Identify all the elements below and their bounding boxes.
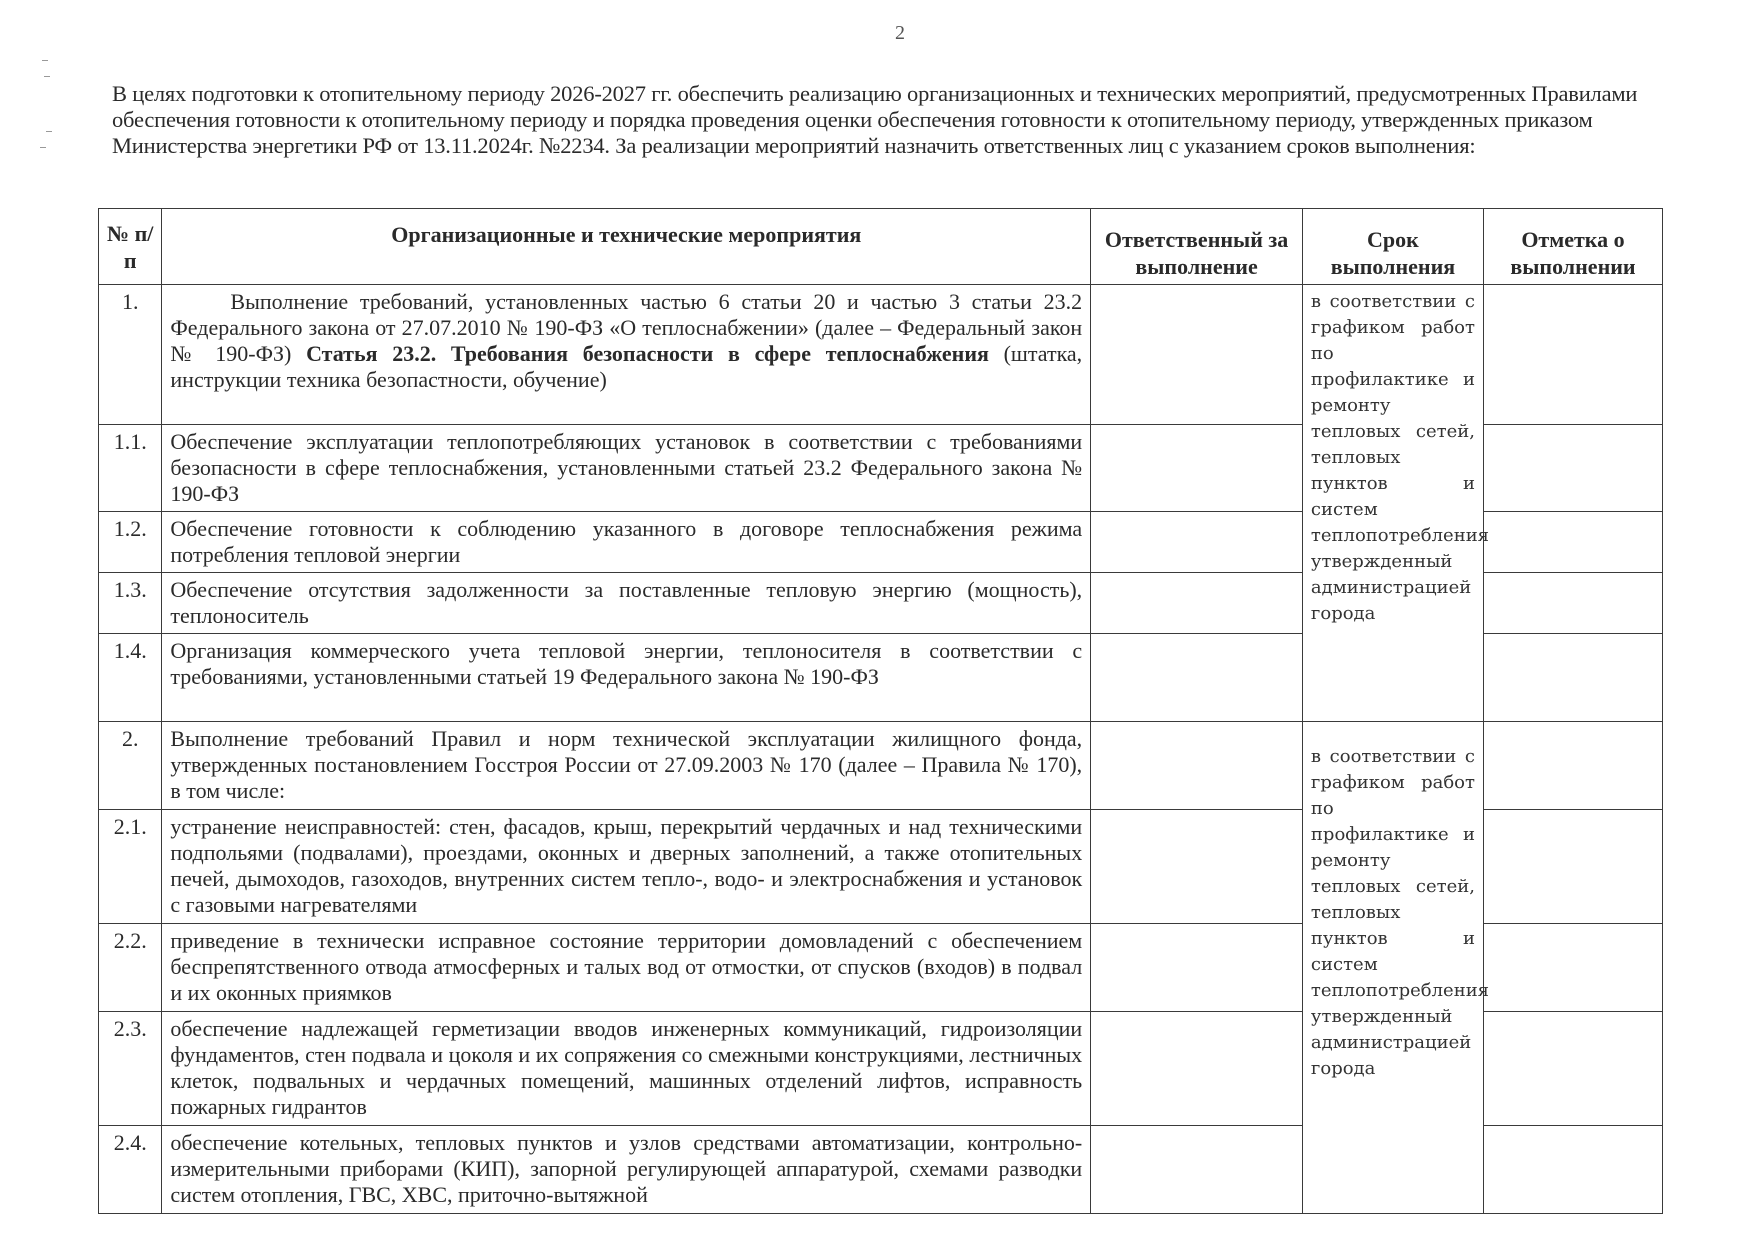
mark-cell[interactable] <box>1483 573 1662 634</box>
header-deadline: Срок выполнения <box>1302 209 1483 285</box>
row-number: 1.2. <box>99 512 162 573</box>
mark-cell[interactable] <box>1483 425 1662 512</box>
table-row: 1. Выполнение требований, установленных … <box>99 285 1663 425</box>
header-responsible: Ответственный за выполнение <box>1091 209 1303 285</box>
row-activity: Выполнение требований, установленных час… <box>162 285 1091 425</box>
row-activity: обеспечение надлежащей герметизации ввод… <box>162 1012 1091 1126</box>
row-activity: Организация коммерческого учета тепловой… <box>162 634 1091 722</box>
scan-mark <box>42 60 48 61</box>
mark-cell[interactable] <box>1483 924 1662 1012</box>
scan-mark <box>46 131 52 132</box>
row-activity: устранение неисправностей: стен, фасадов… <box>162 810 1091 924</box>
responsible-cell[interactable] <box>1091 1126 1303 1214</box>
mark-cell[interactable] <box>1483 1126 1662 1214</box>
deadline-cell: в соответствии с графиком работ по профи… <box>1302 722 1483 1214</box>
row-activity: Выполнение требований Правил и норм техн… <box>162 722 1091 810</box>
intro-paragraph: В целях подготовки к отопительному перио… <box>112 81 1672 159</box>
scan-mark <box>44 76 50 77</box>
responsible-cell[interactable] <box>1091 634 1303 722</box>
scan-mark <box>40 147 46 148</box>
activities-table: № п/п Организационные и технические меро… <box>98 208 1663 1214</box>
responsible-cell[interactable] <box>1091 722 1303 810</box>
header-num: № п/п <box>99 209 162 285</box>
row-number: 2.4. <box>99 1126 162 1214</box>
header-activity: Организационные и технические мероприяти… <box>162 209 1091 285</box>
row-number: 1. <box>99 285 162 425</box>
mark-cell[interactable] <box>1483 285 1662 425</box>
table-header-row: № п/п Организационные и технические меро… <box>99 209 1663 285</box>
mark-cell[interactable] <box>1483 634 1662 722</box>
row-number: 1.3. <box>99 573 162 634</box>
header-mark: Отметка о выполнении <box>1483 209 1662 285</box>
row-activity: приведение в технически исправное состоя… <box>162 924 1091 1012</box>
mark-cell[interactable] <box>1483 810 1662 924</box>
page-number: 2 <box>895 22 905 45</box>
responsible-cell[interactable] <box>1091 285 1303 425</box>
row-activity: Обеспечение эксплуатации теплопотребляющ… <box>162 425 1091 512</box>
row-number: 2.2. <box>99 924 162 1012</box>
row-number: 2.3. <box>99 1012 162 1126</box>
row-number: 2.1. <box>99 810 162 924</box>
deadline-cell: в соответствии с графиком работ по профи… <box>1302 285 1483 722</box>
row-activity: обеспечение котельных, тепловых пунктов … <box>162 1126 1091 1214</box>
responsible-cell[interactable] <box>1091 425 1303 512</box>
mark-cell[interactable] <box>1483 722 1662 810</box>
mark-cell[interactable] <box>1483 512 1662 573</box>
mark-cell[interactable] <box>1483 1012 1662 1126</box>
activity-text-bold: Статья 23.2. Требования безопасности в с… <box>306 341 989 366</box>
row-number: 2. <box>99 722 162 810</box>
row-activity: Обеспечение готовности к соблюдению указ… <box>162 512 1091 573</box>
row-activity: Обеспечение отсутствия задолженности за … <box>162 573 1091 634</box>
table-row: 2. Выполнение требований Правил и норм т… <box>99 722 1663 810</box>
row-number: 1.1. <box>99 425 162 512</box>
responsible-cell[interactable] <box>1091 924 1303 1012</box>
responsible-cell[interactable] <box>1091 512 1303 573</box>
responsible-cell[interactable] <box>1091 573 1303 634</box>
responsible-cell[interactable] <box>1091 1012 1303 1126</box>
responsible-cell[interactable] <box>1091 810 1303 924</box>
row-number: 1.4. <box>99 634 162 722</box>
